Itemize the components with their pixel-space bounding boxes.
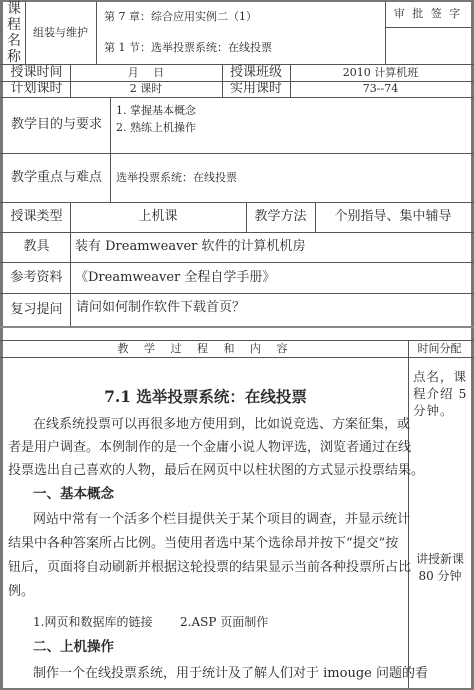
section-title: 第 1 节：选举投票系统：在线投票 <box>96 33 385 64</box>
key-points-value: 选举投票系统：在线投票 <box>110 154 470 202</box>
lesson-type-value: 上机课 <box>70 203 246 232</box>
teaching-method-value: 个别指导、集中辅导 <box>315 203 471 232</box>
time-note-line: 点名，课 <box>413 368 469 385</box>
time-allocation-header: 时间分配 <box>408 341 471 357</box>
chapter-title: 第 7 章：综合应用实例二（1） <box>96 2 385 33</box>
course-label-char: 称 <box>7 49 21 65</box>
actual-hours-label: 实用课时 <box>222 81 290 97</box>
approval-signature-field[interactable] <box>385 27 471 64</box>
course-label: 课 程 名 称 <box>3 2 25 64</box>
key-points-label: 教学重点与难点 <box>3 154 110 202</box>
time-note-new-lesson: 讲授新课 80 分钟 <box>409 551 471 585</box>
section2-line: 制作一个在线投票系统，用于统计及了解人们对于 imouge 问题的看 <box>33 662 428 685</box>
section1-title: 一、基本概念 <box>33 483 114 506</box>
concept-item-2: 2.ASP 页面制作 <box>180 611 268 634</box>
lesson-title: 7.1 选举投票系统：在线投票 <box>3 385 408 407</box>
section2-title: 二、上机操作 <box>33 636 114 659</box>
course-label-char: 程 <box>7 17 21 33</box>
planned-hours-label: 计划课时 <box>3 81 70 97</box>
planned-hours-value: 2 课时 <box>70 81 222 97</box>
section1-line: 钮后，页面将自动刷新并根据这轮投票的结果显示当前各种投票所占比 <box>8 556 411 579</box>
objectives-list: 1. 掌握基本概念 2. 熟练上机操作 <box>116 102 196 136</box>
lesson-type-label: 授课类型 <box>3 203 70 232</box>
actual-hours-value: 73--74 <box>290 81 471 97</box>
teaching-time-value: 月 日 <box>70 65 222 81</box>
objective-item: 1. 掌握基本概念 <box>116 102 196 119</box>
equipment-label: 教具 <box>3 233 70 262</box>
objective-item: 2. 熟练上机操作 <box>116 119 196 136</box>
section1-line: 例。 <box>8 580 34 603</box>
review-label: 复习提问 <box>3 294 70 326</box>
review-value: 请问如何制作软件下载首页？ <box>76 296 245 315</box>
teaching-method-label: 教学方法 <box>246 203 315 232</box>
objectives-label: 教学目的与要求 <box>3 98 110 153</box>
time-note-line: 80 分钟 <box>409 568 471 585</box>
references-value: 《Dreamweaver 全程自学手册》 <box>70 263 471 293</box>
time-note-line: 分钟。 <box>413 402 469 419</box>
section1-line: 网站中常有一个活多个栏目提供关于某个项目的调查，并显示统计 <box>33 508 410 531</box>
course-name: 组装与维护 <box>25 2 96 64</box>
time-note-line: 讲授新课 <box>409 551 471 568</box>
process-header: 教 学 过 程 和 内 容 <box>3 341 408 357</box>
class-value: 2010 计算机班 <box>290 65 471 81</box>
concept-item-1: 1.网页和数据库的链接 <box>33 611 152 634</box>
course-label-char: 名 <box>7 33 21 49</box>
time-note-intro: 点名，课 程介绍 5 分钟。 <box>413 368 469 419</box>
references-label: 参考资料 <box>3 263 70 293</box>
class-label: 授课班级 <box>222 65 290 81</box>
course-label-char: 课 <box>7 1 21 17</box>
section1-line: 结果中各种答案所占比例。当使用者选中某个选徐昂并按下“提交”按 <box>8 532 398 555</box>
intro-line: 投票选出自己喜欢的人物，最后在网页中以柱状图的方式显示投票结果。 <box>8 459 424 482</box>
intro-line: 者是用户调查。本例制作的是一个金庸小说人物评选，浏览者通过在线 <box>8 436 411 459</box>
teaching-time-label: 授课时间 <box>3 65 70 81</box>
intro-line: 在线系统投票可以再很多地方使用到，比如说竞选、方案征集，或 <box>33 413 410 436</box>
approval-label: 审 批 签 字 <box>385 2 471 27</box>
time-note-line: 程介绍 5 <box>413 385 469 402</box>
equipment-value: 装有 Dreamweaver 软件的计算机机房 <box>70 233 471 262</box>
